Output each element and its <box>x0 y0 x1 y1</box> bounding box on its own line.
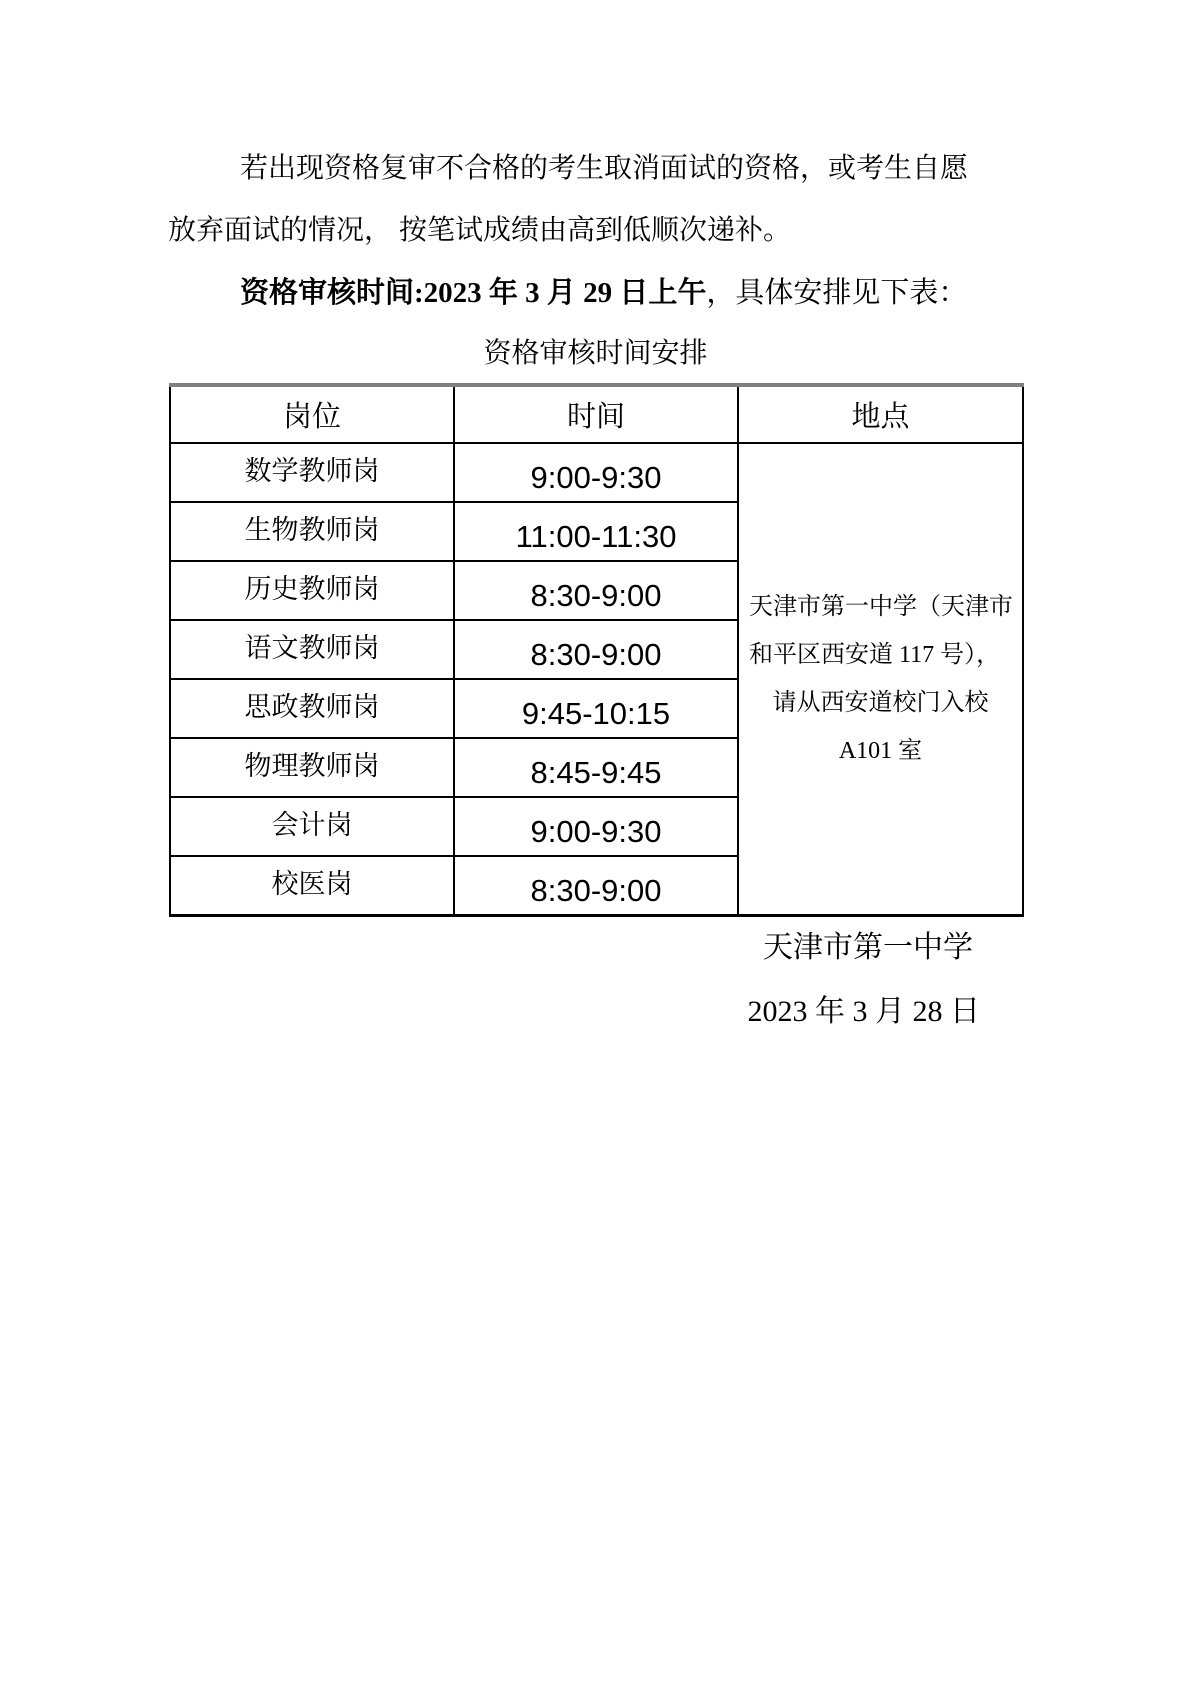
location-line-2: 和平区西安道 117 号）， <box>739 631 1022 679</box>
paragraph-line-1: 若出现资格复审不合格的考生取消面试的资格，或考生自愿 <box>168 138 1024 200</box>
position-cell: 思政教师岗 <box>170 679 454 738</box>
position-cell: 数学教师岗 <box>170 443 454 502</box>
time-cell: 11:00-11:30 <box>454 502 738 561</box>
review-time-notice: 资格审核时间:2023 年 3 月 29 日上午，具体安排见下表： <box>168 262 1140 324</box>
signature-date: 2023 年 3 月 28 日 <box>748 992 981 1032</box>
position-cell: 物理教师岗 <box>170 738 454 797</box>
table-caption: 资格审核时间安排 <box>169 330 1022 378</box>
location-line-1: 天津市第一中学（天津市 <box>739 583 1022 631</box>
location-line-3: 请从西安道校门入校 <box>739 679 1022 727</box>
position-cell: 历史教师岗 <box>170 561 454 620</box>
review-schedule-table: 岗位 时间 地点 数学教师岗 9:00-9:30 天津市第一中学（天津市 和平区… <box>169 383 1024 917</box>
table-row: 数学教师岗 9:00-9:30 天津市第一中学（天津市 和平区西安道 117 号… <box>170 443 1023 502</box>
time-cell: 9:00-9:30 <box>454 443 738 502</box>
time-cell: 9:45-10:15 <box>454 679 738 738</box>
table-header-row: 岗位 时间 地点 <box>170 385 1023 443</box>
time-cell: 8:30-9:00 <box>454 856 738 916</box>
header-time: 时间 <box>454 385 738 443</box>
time-cell: 8:30-9:00 <box>454 620 738 679</box>
time-cell: 9:00-9:30 <box>454 797 738 856</box>
review-time-notice-rest: ，具体安排见下表： <box>706 277 967 309</box>
header-position: 岗位 <box>170 385 454 443</box>
header-location: 地点 <box>738 385 1023 443</box>
review-time-notice-bold: 资格审核时间:2023 年 3 月 29 日上午 <box>240 277 706 309</box>
time-cell: 8:30-9:00 <box>454 561 738 620</box>
position-cell: 校医岗 <box>170 856 454 916</box>
location-line-4: A101 室 <box>739 727 1022 775</box>
document-page: 若出现资格复审不合格的考生取消面试的资格，或考生自愿 放弃面试的情况， 按笔试成… <box>0 0 1191 1684</box>
position-cell: 会计岗 <box>170 797 454 856</box>
paragraph-line-2: 放弃面试的情况， 按笔试成绩由高到低顺次递补。 <box>168 200 1024 262</box>
signature-organization: 天津市第一中学 <box>763 928 973 968</box>
position-cell: 语文教师岗 <box>170 620 454 679</box>
location-cell: 天津市第一中学（天津市 和平区西安道 117 号）， 请从西安道校门入校 A10… <box>738 443 1023 916</box>
time-cell: 8:45-9:45 <box>454 738 738 797</box>
body-paragraph: 若出现资格复审不合格的考生取消面试的资格，或考生自愿 放弃面试的情况， 按笔试成… <box>168 138 1024 262</box>
position-cell: 生物教师岗 <box>170 502 454 561</box>
